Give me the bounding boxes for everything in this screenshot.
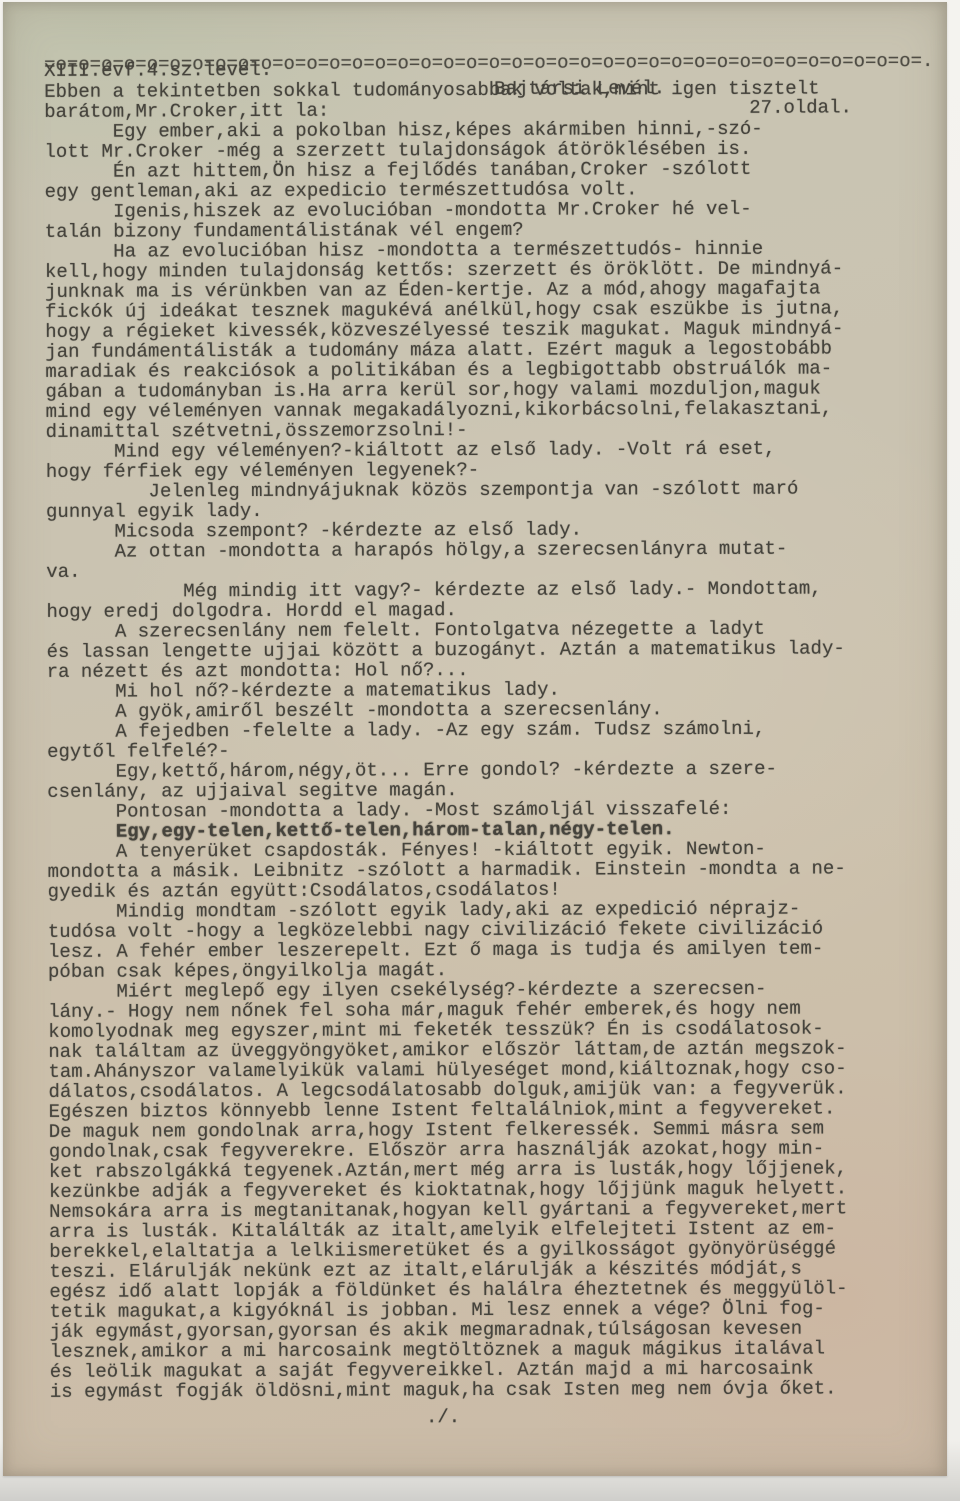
scanned-page: XIII.évf.4.sz.levél. Bajtársi Levél. 27.… <box>0 0 960 1501</box>
paper-sheet: XIII.évf.4.sz.levél. Bajtársi Levél. 27.… <box>3 2 947 1476</box>
letter-body: Ebben a tekintetben sokkal tudományosabb… <box>3 78 947 1402</box>
text-line: mind egy véleményen vannak megakadályozn… <box>46 398 946 422</box>
letter-content: XIII.évf.4.sz.levél. Bajtársi Levél. 27.… <box>3 2 947 1476</box>
header-separator: =o=o=o=o=o=o=o=o=o=o=o=o=o=o=o=o=o=o=o=o… <box>3 51 944 75</box>
end-mark: ./. <box>6 1405 947 1429</box>
text-line: lesz. A fehér ember leszerepelt. Ezt ő m… <box>48 938 947 962</box>
page-number: 27.oldal. <box>749 97 852 117</box>
text-line: is egymást fogják öldösni,mint maguk,ha … <box>50 1378 947 1402</box>
text-line: Még mindig itt vagy?- kérdezte az első l… <box>46 578 946 602</box>
newsletter-title: Bajtársi Levél. <box>494 78 665 99</box>
text-line: és lassan lengette ujjai között a buzogá… <box>47 638 947 662</box>
